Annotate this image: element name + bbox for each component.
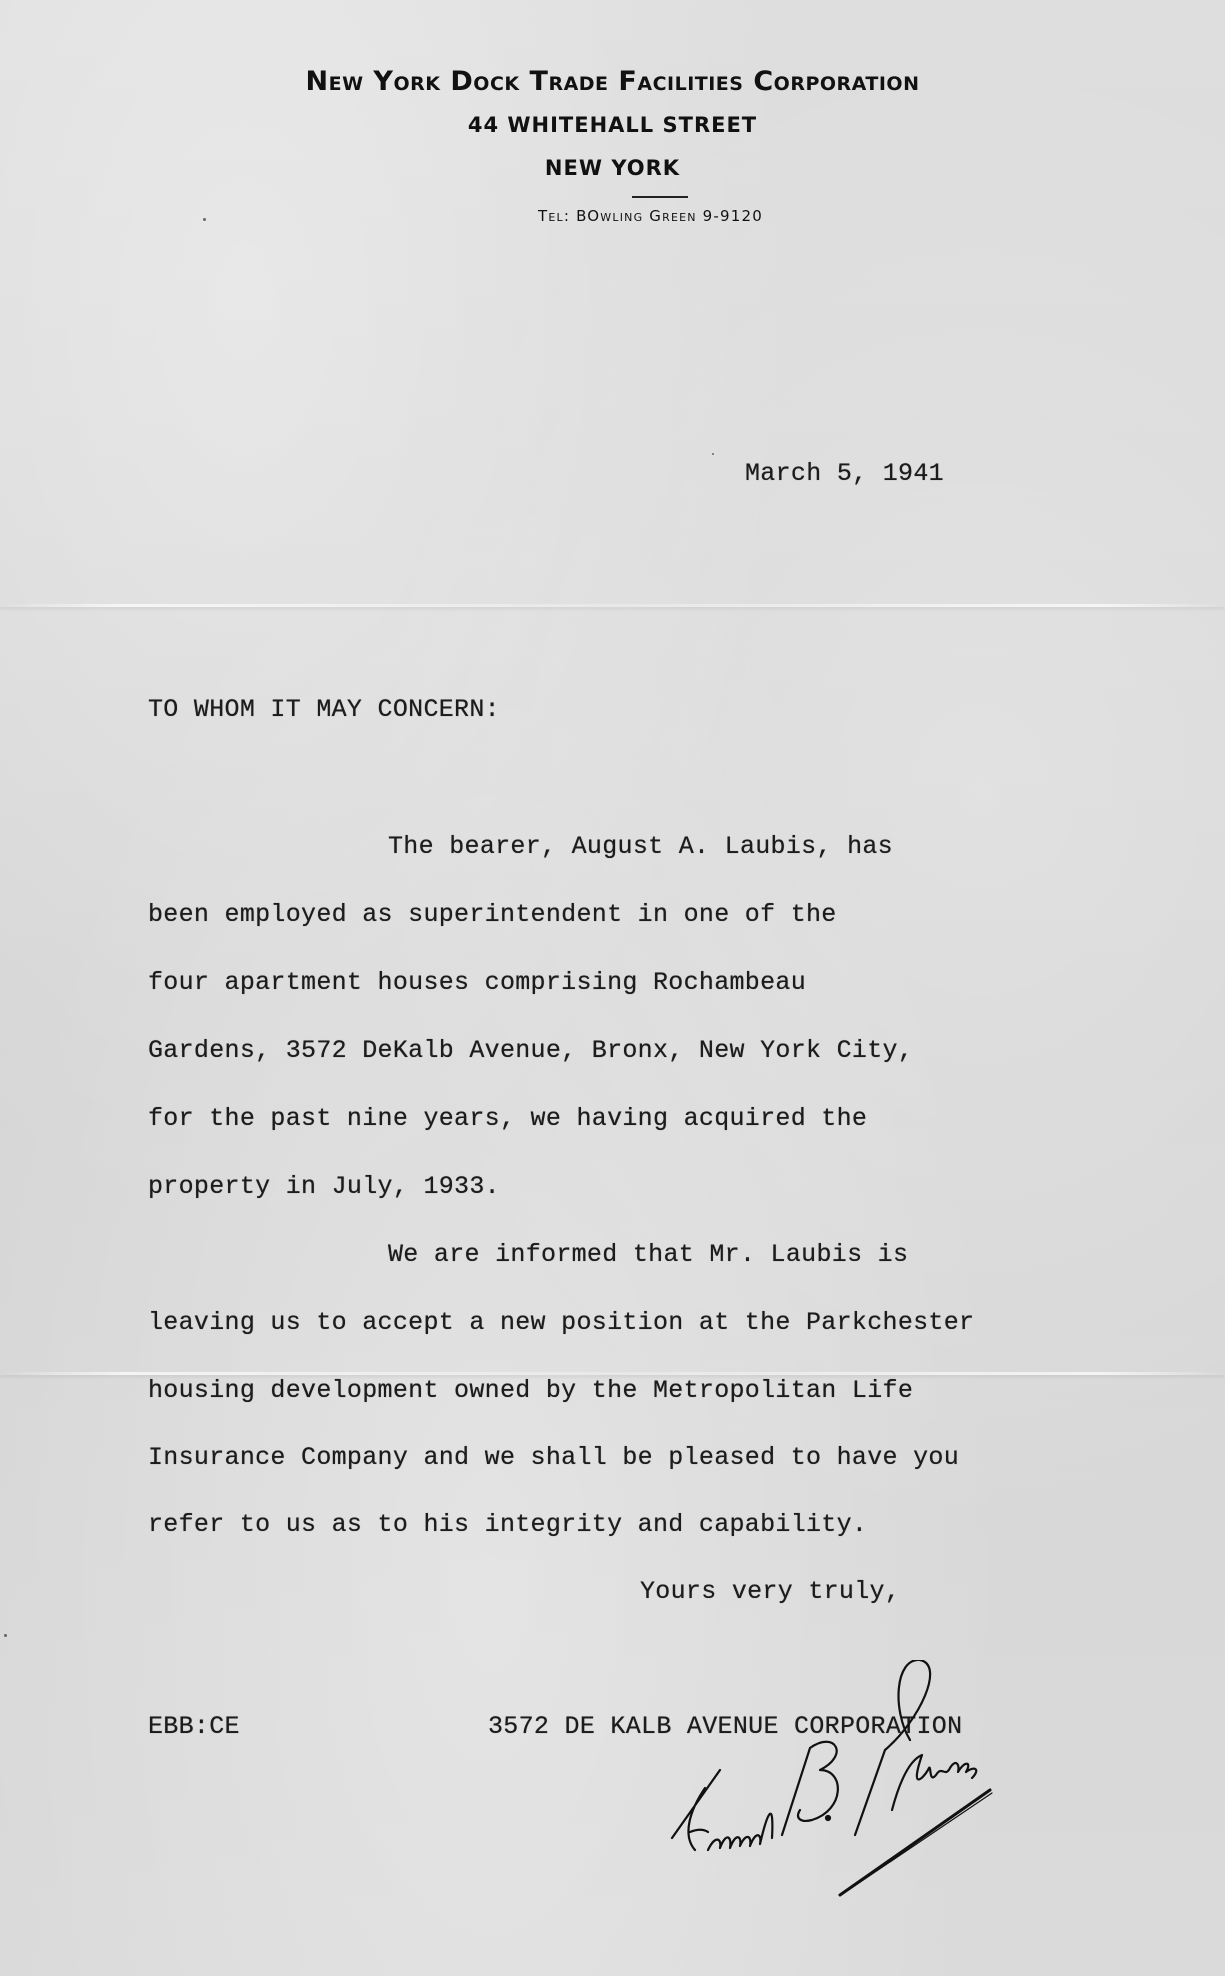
paragraph-line: four apartment houses comprising Rochamb…: [148, 968, 806, 997]
complimentary-closing: Yours very truly,: [640, 1577, 900, 1606]
paragraph-line: refer to us as to his integrity and capa…: [148, 1510, 867, 1539]
letterhead-telephone: Tel: BOwling Green 9-9120: [38, 207, 1225, 225]
letterhead-street-address: 44 WHITEHALL STREET: [0, 113, 1225, 137]
paragraph-line: housing development owned by the Metropo…: [148, 1376, 913, 1405]
paper-speck: [4, 1634, 7, 1637]
paper-fold-crease: [0, 604, 1225, 607]
paragraph-line: Insurance Company and we shall be please…: [148, 1443, 959, 1472]
paragraph-line: leaving us to accept a new position at t…: [148, 1308, 974, 1337]
paragraph-line: The bearer, August A. Laubis, has: [388, 832, 893, 861]
salutation: TO WHOM IT MAY CONCERN:: [148, 695, 500, 724]
paragraph-line: Gardens, 3572 DeKalb Avenue, Bronx, New …: [148, 1036, 913, 1065]
letterhead-city: NEW YORK: [0, 156, 1225, 180]
paragraph-line: We are informed that Mr. Laubis is: [388, 1240, 908, 1269]
paper-speck: [712, 453, 714, 455]
paragraph-line: property in July, 1933.: [148, 1172, 500, 1201]
reference-initials: EBB:CE: [148, 1712, 240, 1741]
letterhead-company-name: New York Dock Trade Facilities Corporati…: [0, 66, 1225, 97]
paragraph-line: for the past nine years, we having acqui…: [148, 1104, 867, 1133]
letterhead-divider: [632, 196, 688, 198]
paper-fold-crease: [0, 1372, 1225, 1375]
handwritten-signature: [660, 1660, 1120, 1900]
paragraph-line: been employed as superintendent in one o…: [148, 900, 837, 929]
letter-date: March 5, 1941: [745, 459, 944, 488]
